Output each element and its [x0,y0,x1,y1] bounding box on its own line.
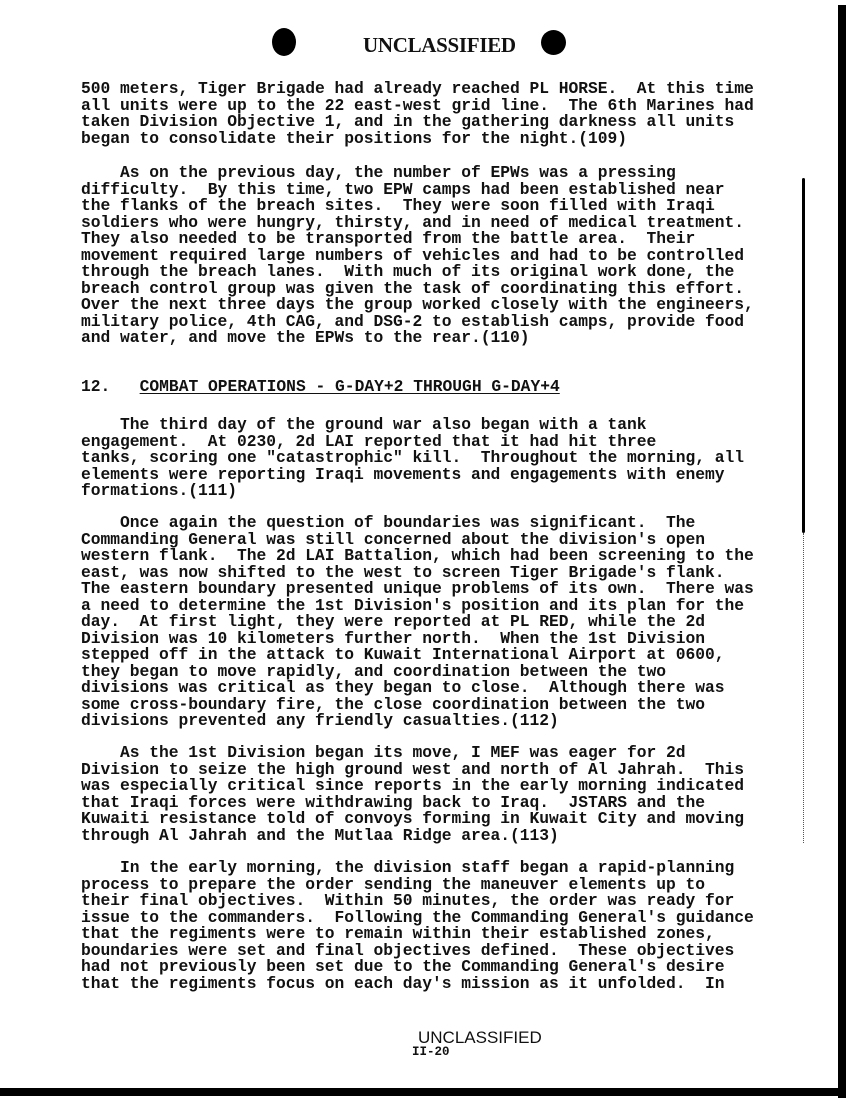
text-line: and water, and move the EPWs to the rear… [81,330,801,347]
scan-mark [838,58,841,78]
punch-hole-right [541,30,566,55]
paragraph-epws: As on the previous day, the number of EP… [81,165,801,347]
section-number: 12. [81,377,110,396]
paragraph-continuation: 500 meters, Tiger Brigade had already re… [81,81,801,147]
text-line: through Al Jahrah and the Mutlaa Ridge a… [81,828,801,845]
scan-border-right [838,5,846,1098]
paragraph-third-day: The third day of the ground war also beg… [81,417,801,500]
paragraph-rapid-planning: In the early morning, the division staff… [81,860,801,992]
section-title: COMBAT OPERATIONS - G-DAY+2 THROUGH G-DA… [140,377,560,396]
text-line: formations.(111) [81,483,801,500]
header-classification: UNCLASSIFIED [363,33,516,58]
scan-border-bottom [0,1088,846,1096]
change-bar [802,178,805,533]
text-line: began to consolidate their positions for… [81,131,801,148]
text-line: that the regiments focus on each day's m… [81,976,801,993]
paragraph-boundaries: Once again the question of boundaries wa… [81,515,801,730]
paragraph-al-jahrah: As the 1st Division began its move, I ME… [81,745,801,844]
punch-hole-left [272,28,296,56]
text-line: divisions prevented any friendly casualt… [81,713,801,730]
document-page: UNCLASSIFIED 500 meters, Tiger Brigade h… [0,0,850,1105]
section-heading: 12. COMBAT OPERATIONS - G-DAY+2 THROUGH … [81,379,560,396]
page-number: II-20 [412,1045,450,1059]
change-bar-dotted [803,533,805,843]
